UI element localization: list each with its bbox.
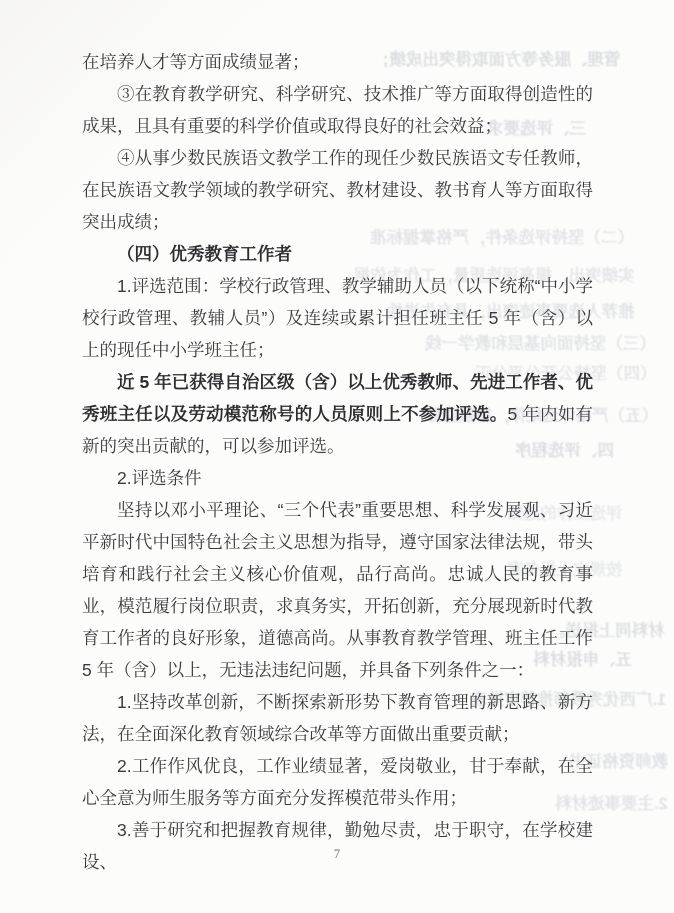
page-number: 7 [334, 847, 340, 861]
paragraph-item-circle4: ④从事少数民族语文教学工作的现任少数民族语文专任教师，在民族语文教学领域的教学研… [82, 142, 593, 238]
paragraph-criteria-body: 坚持以邓小平理论、“三个代表”重要思想、科学发展观、习近平新时代中国特色社会主义… [82, 494, 593, 686]
paragraph-condition-1: 1.坚持改革创新，不断探索新形势下教育管理的新思路、新方法，在全面深化教育领域综… [82, 686, 593, 750]
paragraph-exclusion-rule: 近 5 年已获得自治区级（含）以上优秀教师、先进工作者、优秀班主任以及劳动模范称… [82, 366, 593, 462]
paragraph-selection-scope: 1.评选范围：学校行政管理、教学辅助人员（以下统称“中小学校行政管理、教辅人员”… [82, 270, 593, 366]
paragraph-item-circle3: ③在教育教学研究、科学研究、技术推广等方面取得创造性的成果，且具有重要的科学价值… [82, 78, 593, 142]
paragraph-condition-2: 2.工作作风优良，工作业绩显著，爱岗敬业，甘于奉献，在全心全意为师生服务等方面充… [82, 750, 593, 814]
paragraph-continuation: 在培养人才等方面成绩显著； [82, 46, 593, 78]
document-page: 管理、服务等方面取得突出成绩； 三、评选要求 （二）坚持评选条件，严格掌握标准 … [0, 0, 674, 913]
section-heading-excellent-education-worker: （四）优秀教育工作者 [82, 238, 593, 270]
page-footer: 7 [0, 845, 674, 863]
paragraph-criteria-heading: 2.评选条件 [82, 462, 593, 494]
document-body: 在培养人才等方面成绩显著； ③在教育教学研究、科学研究、技术推广等方面取得创造性… [82, 46, 593, 878]
